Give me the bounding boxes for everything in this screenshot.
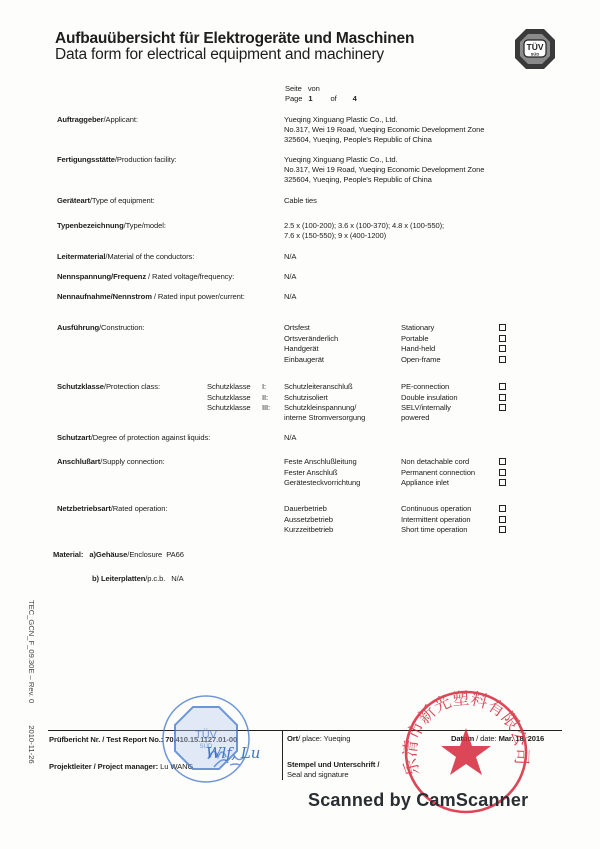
material-label: Material: [53,550,83,559]
supply-options: Feste AnschlußleitungNon detachable cord… [284,457,524,489]
construction-label: Ausführung/Construction: [57,323,145,333]
voltage-value: N/A [284,272,296,282]
option-en: SELV/internally powered [401,403,499,423]
model-label: Typenbezeichnung/Type/model: [57,221,166,231]
place: Ort/ place: Yueqing [287,734,350,744]
checkbox[interactable] [499,479,506,486]
conductor-label: Leitermaterial/Material of the conductor… [57,252,194,262]
protection-class-label: Schutzklasse/Protection class: [57,382,160,392]
checkbox[interactable] [499,404,506,411]
page-current: 1 [308,94,312,103]
production-label: Fertigungsstätte/Production facility: [57,155,177,165]
page-indicator: Seite von Page 1of4 [285,84,357,104]
option-de: Schutzleiteranschluß [284,382,401,392]
page-label-de: Seite [285,84,302,93]
option-en: Portable [401,334,499,344]
enclosure-value: PA66 [166,550,184,559]
checkbox[interactable] [499,469,506,476]
class-label: Schutzklasse [207,403,262,413]
supply-option: Fester AnschlußPermanent connection [284,468,524,479]
checkbox[interactable] [499,356,506,363]
power-label: Nennaufnahme/Nennstrom / Rated input pow… [57,292,245,302]
option-de: Einbaugerät [284,355,401,365]
model-value: 2.5 x (100-200); 3.6 x (100-370); 4.8 x … [284,221,444,241]
supply-label: Anschlußart/Supply connection: [57,457,165,467]
pcb-value: N/A [171,574,183,583]
option-en: Continuous operation [401,504,499,514]
tuv-stamp-icon: TÜV SÜD [160,693,252,785]
checkbox[interactable] [499,526,506,533]
svg-text:TÜV: TÜV [195,729,218,741]
voltage-label: Nennspannung/Frequenz / Rated voltage/fr… [57,272,234,282]
protection-class-option: SchutzklasseII:SchutzisoliertDouble insu… [207,393,527,404]
option-en: PE-connection [401,382,499,392]
equipment-label: Geräteart/Type of equipment: [57,196,155,206]
material-b: b) Leiterplatten/p.c.b. N/A [92,574,184,584]
construction-option: HandgerätHand-held [284,344,524,355]
form-code-side-text: TEC_GCN_F_09.30E – Rev. 02010-11-26 [27,600,36,764]
page-of-de: von [308,84,320,93]
operation-options: DauerbetriebContinuous operationAussetzb… [284,504,524,536]
production-value: Yueqing Xinguang Plastic Co., Ltd. No.31… [284,155,484,185]
operation-option: AussetzbetriebIntermittent operation [284,515,524,526]
page-of-en: of [331,94,337,103]
seal-signature-label: Stempel und Unterschrift /Seal and signa… [287,760,379,780]
option-de: Ortsveränderlich [284,334,401,344]
protection-class-option: SchutzklasseIII:Schutzkleinspannung/ int… [207,403,527,425]
material-a: Material: a)Gehäuse/Enclosure PA66 [53,550,184,560]
svg-text:SÜD: SÜD [531,52,540,57]
supply-option: Feste AnschlußleitungNon detachable cord [284,457,524,468]
page-total: 4 [353,94,357,103]
option-de: Schutzisoliert [284,393,401,403]
conductor-value: N/A [284,252,296,262]
supply-option: GerätesteckvorrichtungAppliance inlet [284,478,524,489]
protection-class-options: SchutzklasseI:SchutzleiteranschlußPE-con… [207,382,527,425]
power-value: N/A [284,292,296,302]
class-number: III: [262,403,284,413]
liquids-label: Schutzart/Degree of protection against l… [57,433,210,443]
page-label-en: Page [285,94,302,103]
protection-class-option: SchutzklasseI:SchutzleiteranschlußPE-con… [207,382,527,393]
applicant-label: Auftraggeber/Applicant: [57,115,138,125]
liquids-value: N/A [284,433,296,443]
option-de: Ortsfest [284,323,401,333]
option-en: Stationary [401,323,499,333]
option-de: Kurzzeitbetrieb [284,525,401,535]
option-en: Short time operation [401,525,499,535]
option-en: Appliance inlet [401,478,499,488]
construction-option: EinbaugerätOpen-frame [284,355,524,366]
option-en: Double insulation [401,393,499,403]
camscanner-watermark: Scanned by CamScanner [308,790,528,811]
option-de: Aussetzbetrieb [284,515,401,525]
place-value: Yueqing [324,734,351,743]
document-title-en: Data form for electrical equipment and m… [55,46,384,64]
checkbox[interactable] [499,324,506,331]
class-label: Schutzklasse [207,382,262,392]
option-de: Feste Anschlußleitung [284,457,401,467]
construction-options: OrtsfestStationaryOrtsveränderlichPortab… [284,323,524,365]
option-de: Gerätesteckvorrichtung [284,478,401,488]
option-de: Dauerbetrieb [284,504,401,514]
checkbox[interactable] [499,345,506,352]
option-de: Fester Anschluß [284,468,401,478]
option-en: Open-frame [401,355,499,365]
svg-text:TÜV: TÜV [527,42,544,52]
class-label: Schutzklasse [207,393,262,403]
applicant-value: Yueqing Xinguang Plastic Co., Ltd. No.31… [284,115,484,145]
checkbox[interactable] [499,335,506,342]
operation-label: Netzbetriebsart/Rated operation: [57,504,167,514]
operation-option: KurzzeitbetriebShort time operation [284,525,524,536]
checkbox[interactable] [499,383,506,390]
construction-option: OrtsveränderlichPortable [284,334,524,345]
option-de: Schutzkleinspannung/ interne Stromversor… [284,403,401,423]
operation-option: DauerbetriebContinuous operation [284,504,524,515]
construction-option: OrtsfestStationary [284,323,524,334]
checkbox[interactable] [499,458,506,465]
option-de: Handgerät [284,344,401,354]
class-number: II: [262,393,284,403]
checkbox[interactable] [499,516,506,523]
signature: Wlf, Lu [206,744,260,762]
equipment-value: Cable ties [284,196,317,206]
option-en: Intermittent operation [401,515,499,525]
class-number: I: [262,382,284,392]
tuv-sud-logo-icon: TÜV SÜD [514,28,556,70]
option-en: Hand-held [401,344,499,354]
checkbox[interactable] [499,505,506,512]
option-en: Permanent connection [401,468,499,478]
checkbox[interactable] [499,394,506,401]
footer-column-divider [282,730,283,780]
option-en: Non detachable cord [401,457,499,467]
